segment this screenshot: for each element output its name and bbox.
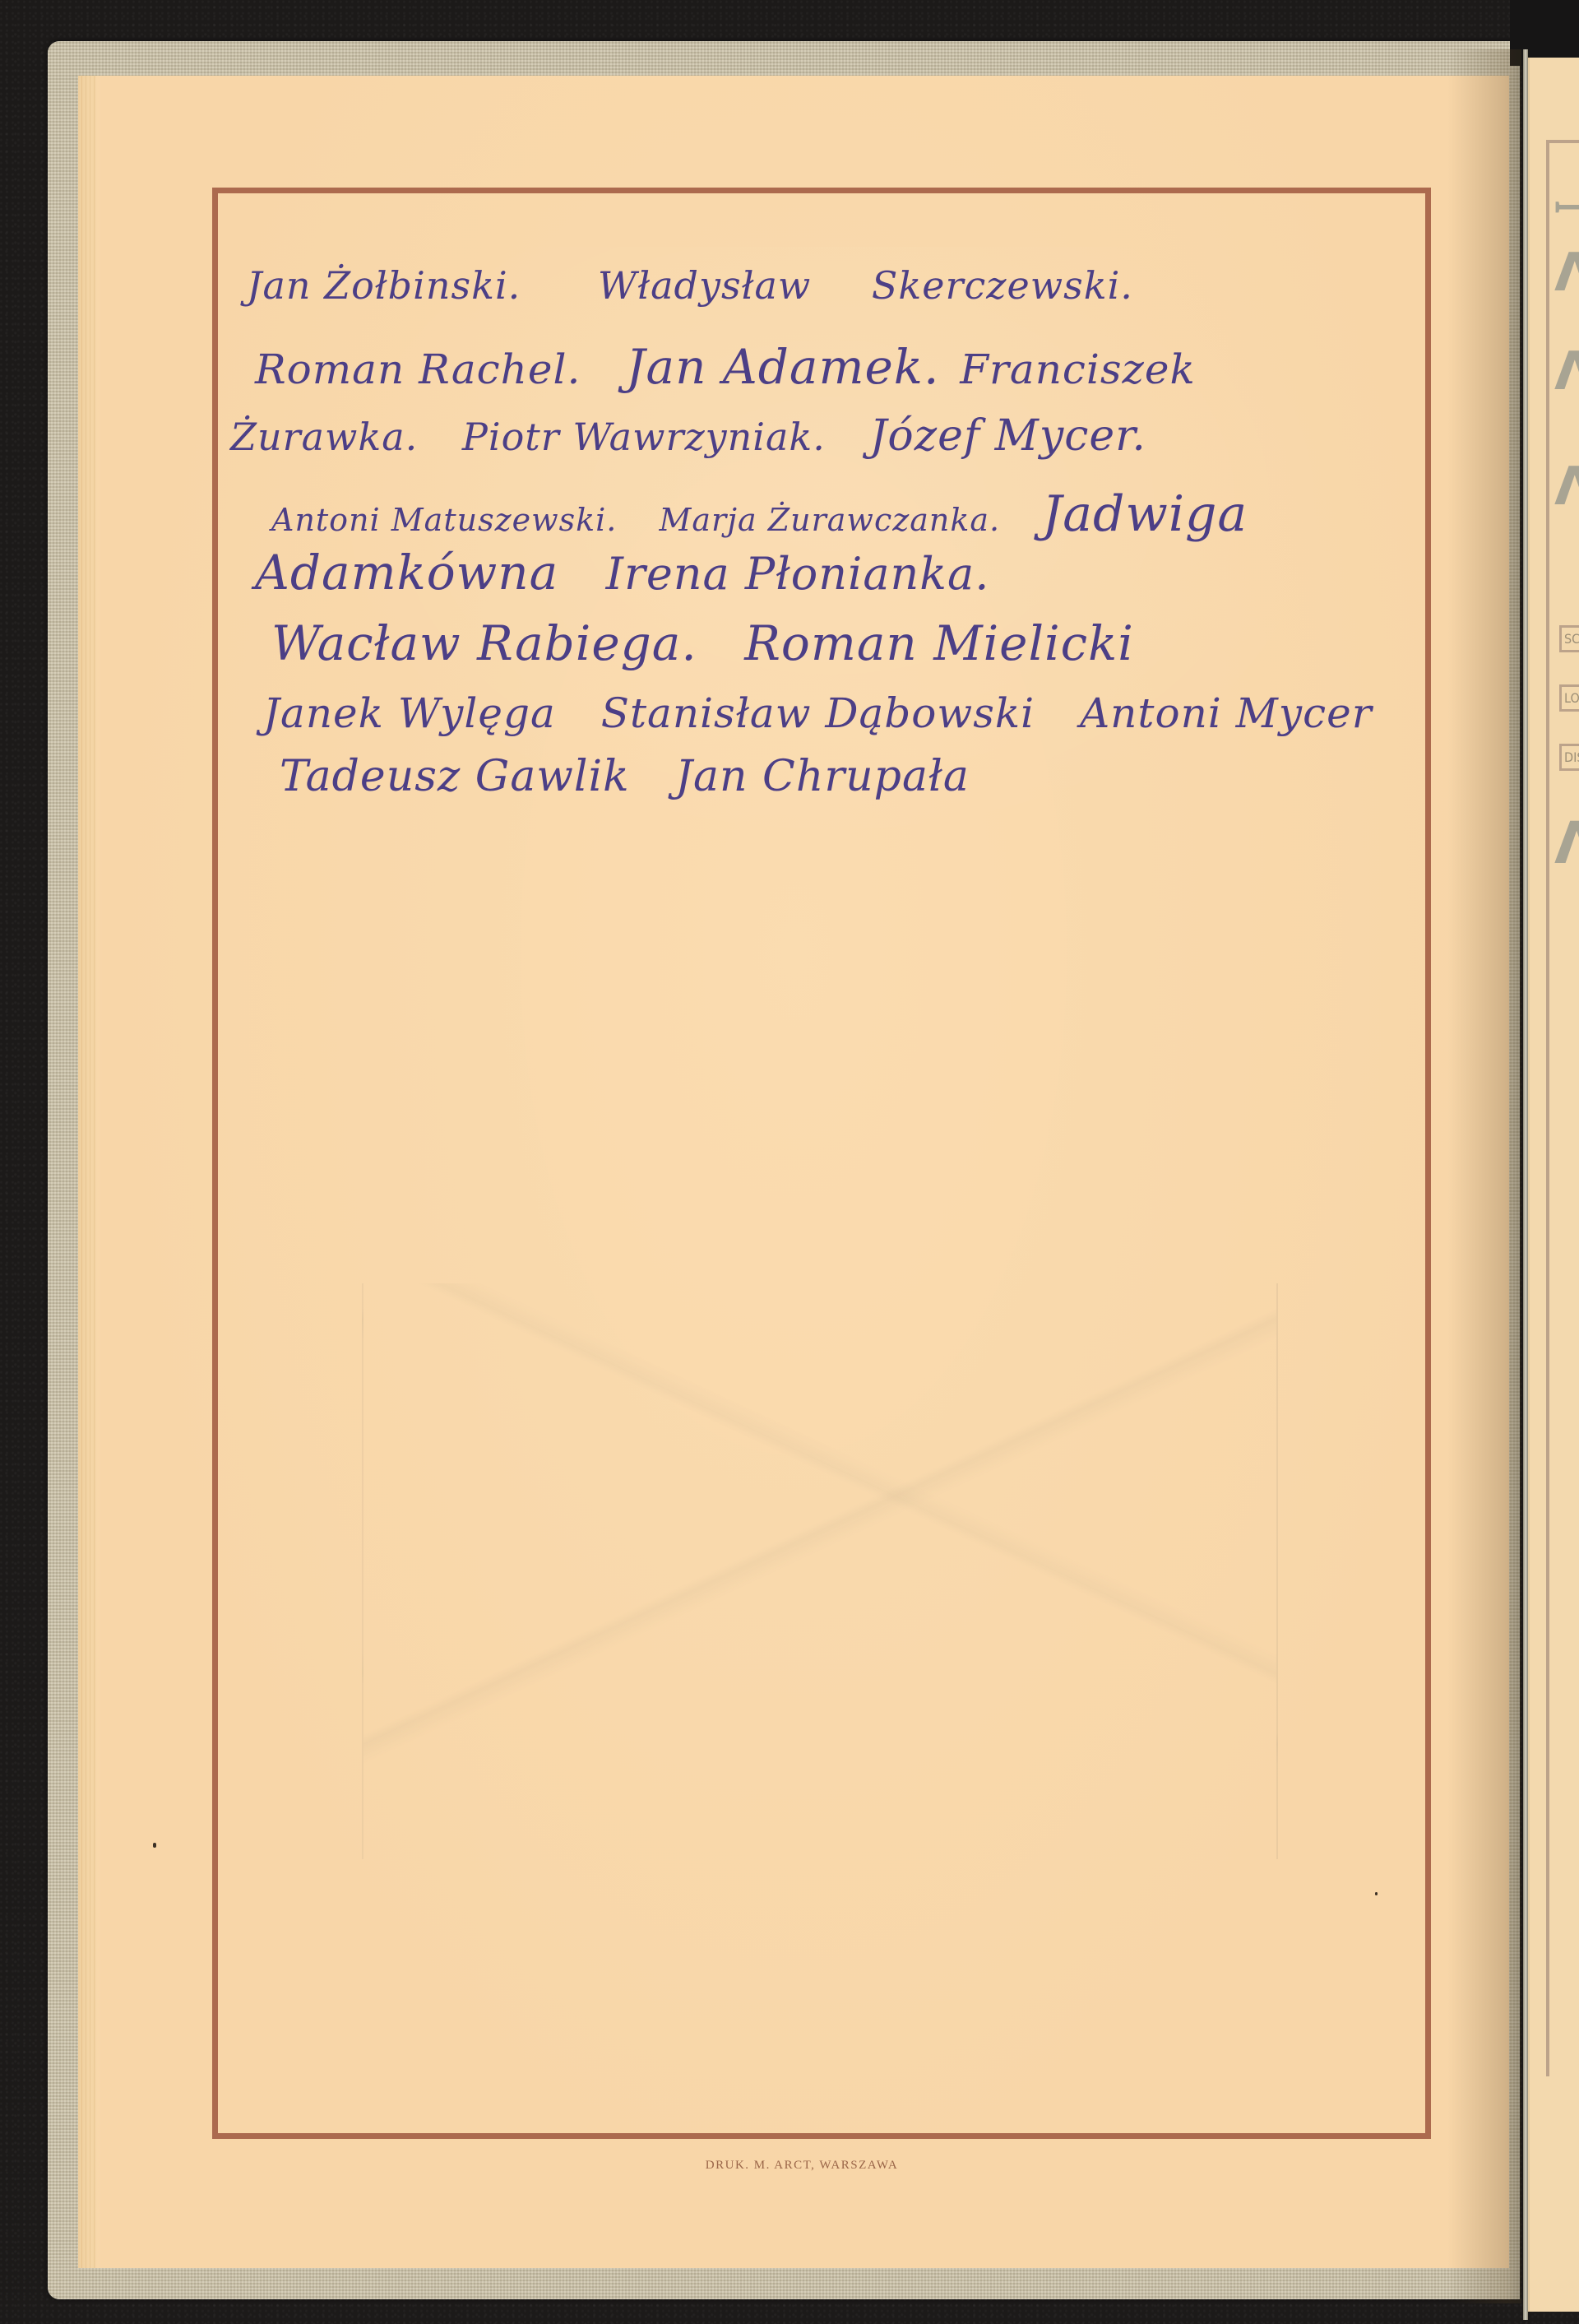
- name: Antoni Matuszewski.: [271, 502, 617, 538]
- name: Stanisław Dąbowski: [601, 689, 1035, 737]
- names-line-8: Tadeusz Gawlik Jan Chrupała: [280, 752, 1001, 801]
- name: Tadeusz Gawlik: [280, 752, 630, 801]
- facing-ornament-icon: Λ: [1554, 247, 1579, 299]
- facing-ornament-icon: Λ: [1554, 461, 1579, 513]
- names-line-7: Janek Wylęga Stanisław Dąbowski Antoni M…: [263, 689, 1373, 737]
- name: Janek Wylęga: [263, 689, 556, 737]
- names-line-2: Roman Rachel. Jan Adamek. Franciszek: [255, 339, 1227, 395]
- name: Roman Rachel.: [255, 346, 581, 393]
- paper-speck: [1375, 1892, 1378, 1895]
- names-line-3: Żurawka. Piotr Wawrzyniak. Józef Mycer.: [230, 411, 1178, 461]
- facing-label-school: SCHO SZKO: [1559, 625, 1579, 652]
- name: Jadwiga: [1042, 485, 1248, 543]
- name: Żurawka.: [230, 415, 418, 459]
- gutter-shadow: [1447, 49, 1521, 2303]
- page-edges: [78, 76, 96, 2268]
- name: Irena Płonianka.: [606, 548, 990, 600]
- name: Wacław Rabiega.: [271, 615, 697, 671]
- facing-label-location: LOCA MIEJ: [1559, 684, 1579, 712]
- facing-page-frame: [1546, 140, 1579, 2076]
- facing-label-district: DIST POW: [1559, 744, 1579, 771]
- printed-border-frame: [212, 188, 1431, 2139]
- name: Piotr Wawrzyniak.: [462, 415, 826, 459]
- name: Józef Mycer.: [870, 411, 1146, 461]
- name: Adamkówna: [255, 545, 558, 601]
- name: Marja Żurawczanka.: [659, 502, 1000, 538]
- paper-speck: [153, 1843, 156, 1848]
- names-line-5: Adamkówna Irena Płonianka.: [255, 545, 1021, 601]
- names-line-1: Jan Żołbinski. Władysław Skerczewski.: [247, 263, 1165, 308]
- name: Jan Żołbinski.: [247, 263, 521, 308]
- name: Antoni Mycer: [1080, 689, 1373, 737]
- facing-ornament-icon: ꟷ: [1554, 189, 1579, 227]
- name: Władysław: [598, 263, 811, 308]
- names-line-6: Wacław Rabiega. Roman Mielicki: [271, 615, 1165, 671]
- name: Jan Chrupała: [675, 752, 970, 801]
- facing-ornament-icon: Λ: [1554, 346, 1579, 398]
- facing-ornament-icon: Λ: [1554, 814, 1579, 872]
- name: Skerczewski.: [872, 263, 1133, 308]
- name: Roman Mielicki: [744, 615, 1134, 671]
- name: Jan Adamek.: [626, 339, 939, 395]
- names-line-4: Antoni Matuszewski. Marja Żurawczanka. J…: [271, 485, 1279, 543]
- name: Franciszek: [960, 346, 1196, 393]
- gutter-glass-edge: [1523, 49, 1528, 2320]
- printer-imprint: DRUK. M. ARCT, WARSZAWA: [0, 2159, 1579, 2173]
